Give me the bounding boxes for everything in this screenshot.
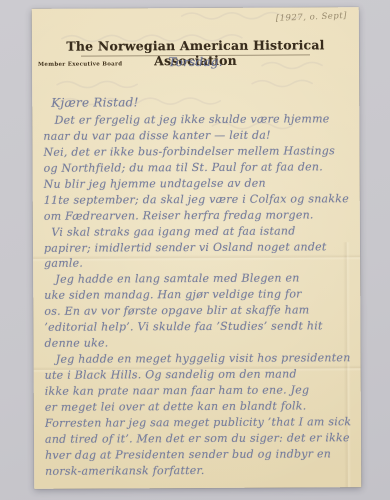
handwritten-line: gamle. (44, 255, 352, 273)
handwritten-line: er meget lei over at dette kan en blandt… (45, 398, 353, 416)
letter-page: [1927, o. Sept] The Norwegian American H… (32, 7, 362, 489)
archival-pencil-note: [1927, o. Sept] (275, 11, 347, 24)
handwritten-line: Vi skal straks gaa igang med at faa ista… (44, 223, 352, 241)
handwritten-line: Nei, det er ikke bus-forbindelser mellem… (43, 143, 351, 161)
handwritten-line: papirer; imidlertid sender vi Osland nog… (44, 239, 352, 257)
handwritten-line: hver dag at Presidenten sender bud og in… (45, 446, 353, 464)
handwritten-line: ’editorial help’. Vi skulde faa ’Studies… (44, 318, 352, 336)
handwritten-line: Nu blir jeg hjemme undtagelse av den (44, 175, 352, 193)
handwritten-line: and tired of it’. Men det er som du sige… (45, 430, 353, 448)
handwritten-line: uke siden mandag. Han gjør veldige ting … (44, 286, 352, 304)
handwritten-line: og Northfield; du maa til St. Paul for a… (44, 159, 352, 177)
handwritten-line: naar du var paa disse kanter — leit da! (43, 127, 351, 145)
handwritten-line: Forresten har jeg saa meget publicity ’t… (45, 414, 353, 432)
letter-body: Det er fergelig at jeg ikke skulde være … (43, 111, 353, 479)
handwritten-line: denne uke. (44, 334, 352, 352)
date-line: Torsdag. (32, 54, 359, 70)
handwritten-line: ute i Black Hills. Og sandelig om den ma… (45, 366, 353, 384)
handwritten-line: Jeg hadde en meget hyggelig visit hos pr… (45, 350, 353, 368)
handwritten-line: om Fædrearven. Reiser herfra fredag morg… (44, 207, 352, 225)
handwritten-line: 11te september; da skal jeg være i Colfa… (44, 191, 352, 209)
handwritten-line: os. En av vor første opgave blir at skaf… (44, 302, 352, 320)
handwritten-line: Det er fergelig at jeg ikke skulde være … (43, 111, 351, 129)
handwritten-line: Jeg hadde en lang samtale med Blegen en (44, 271, 352, 289)
handwritten-line: ikke kan prate naar man faar ham to ene.… (45, 382, 353, 400)
greeting: Kjære Ristad! (51, 95, 138, 109)
scan-background: [1927, o. Sept] The Norwegian American H… (0, 0, 390, 500)
handwritten-line: norsk-amerikansk forfatter. (45, 462, 353, 480)
